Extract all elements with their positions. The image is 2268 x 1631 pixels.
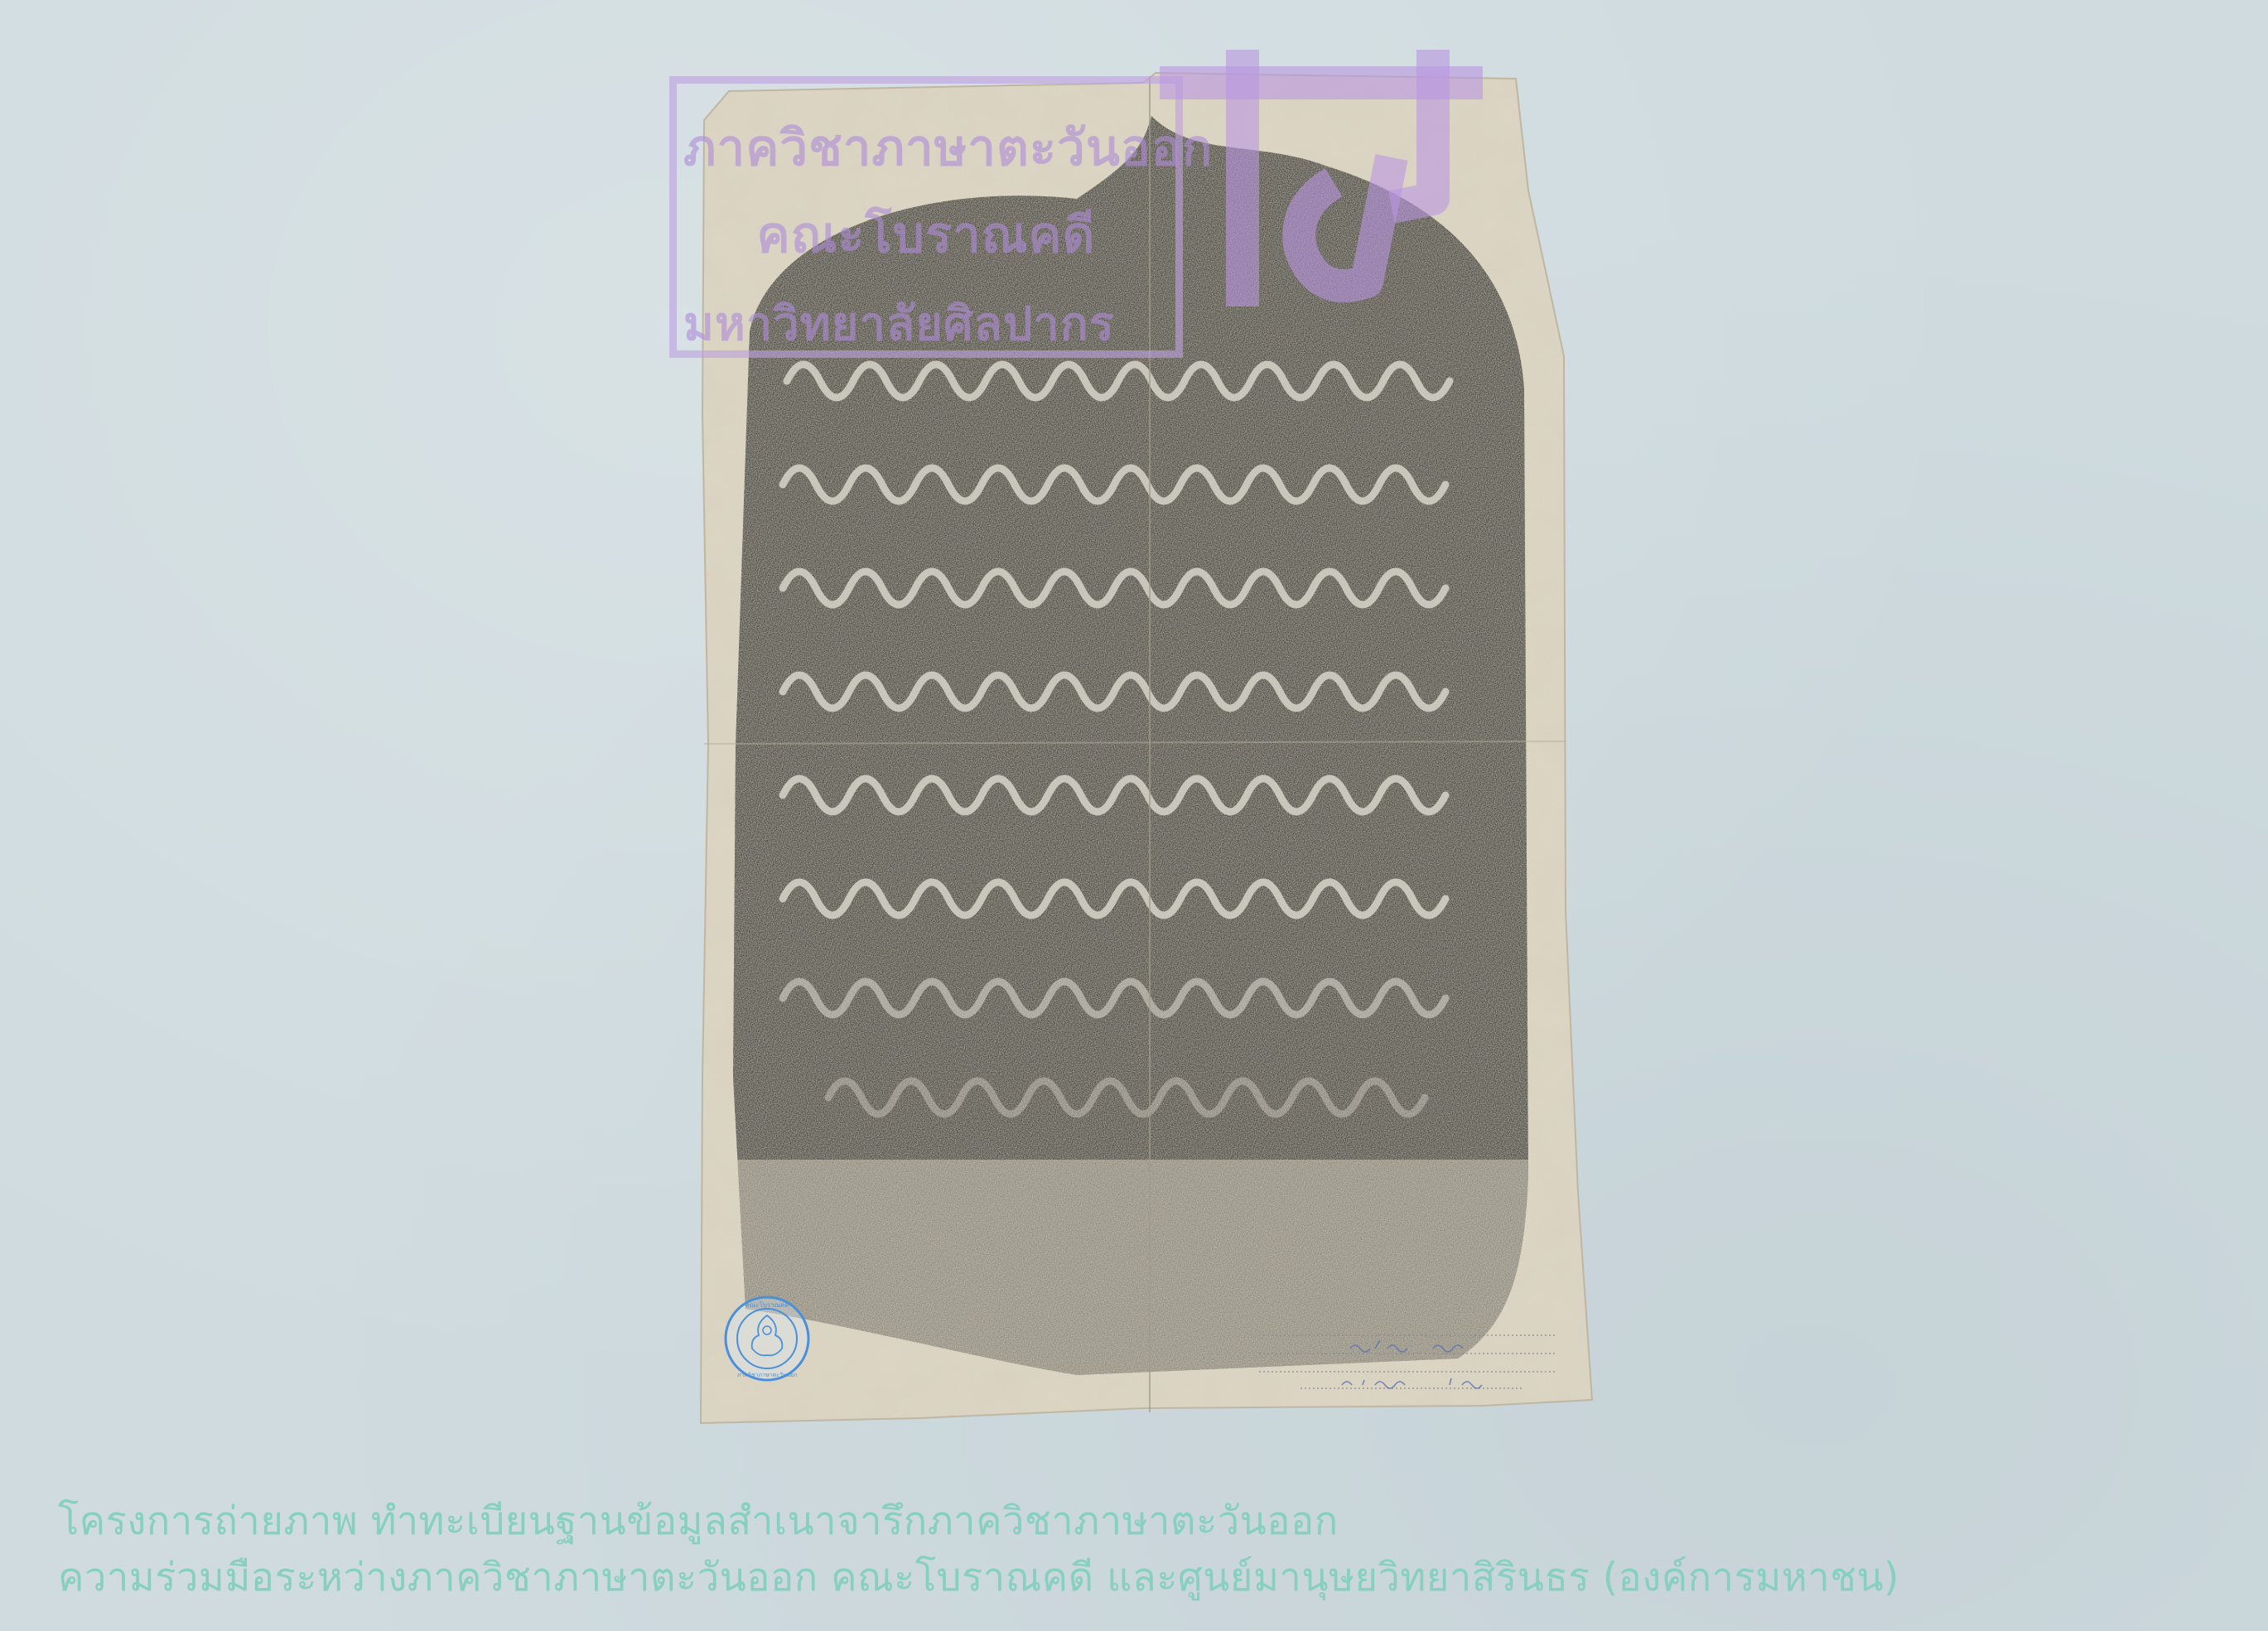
project-caption: โครงการถ่ายภาพ ทำทะเบียนฐานข้อมูลสำเนาจา… <box>58 1493 1899 1606</box>
caption-line-project: โครงการถ่ายภาพ ทำทะเบียนฐานข้อมูลสำเนาจา… <box>58 1493 1899 1550</box>
caption-line-collaboration: ความร่วมมือระหว่างภาควิชาภาษาตะวันออก คณ… <box>58 1550 1899 1606</box>
inscription-rubbing-sheet <box>0 0 2268 1631</box>
